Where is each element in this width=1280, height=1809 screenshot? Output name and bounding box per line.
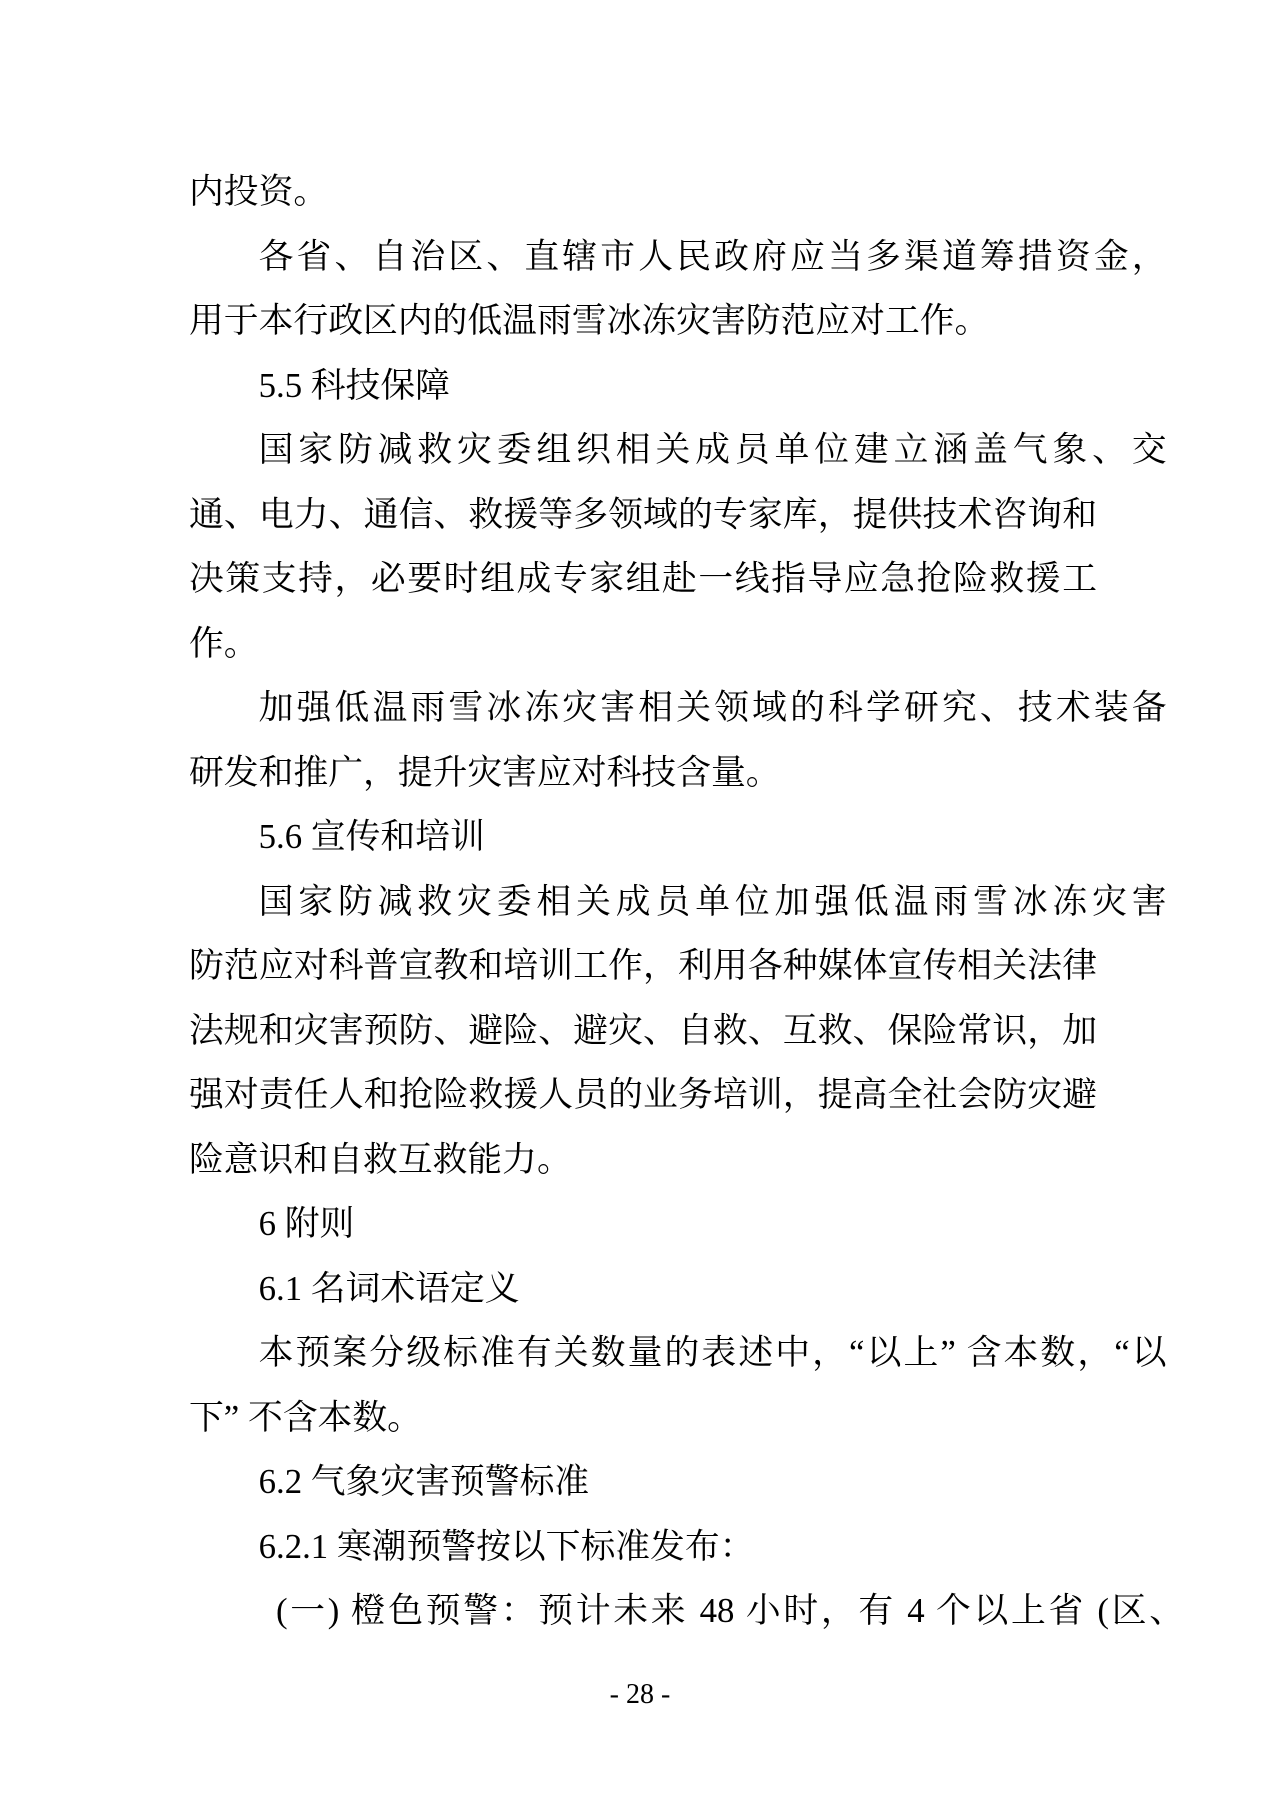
section-heading: 6.2 气象灾害预警标准 <box>189 1450 1167 1515</box>
body-line: 作。 <box>189 612 1097 677</box>
body-line: 险意识和自救互救能力。 <box>189 1128 1097 1193</box>
body-line: 本预案分级标准有关数量的表述中，“以上” 含本数，“以 <box>189 1321 1167 1386</box>
body-line: 内投资。 <box>189 160 1097 225</box>
body-line: (一) 橙色预警：预计未来 48 小时，有 4 个以上省 (区、 <box>189 1579 1184 1644</box>
body-line: 法规和灾害预防、避险、避灾、自救、互救、保险常识，加 <box>189 999 1097 1064</box>
body-line: 防范应对科普宣教和培训工作，利用各种媒体宣传相关法律 <box>189 934 1097 999</box>
body-line: 加强低温雨雪冰冻灾害相关领域的科学研究、技术装备 <box>189 676 1167 741</box>
section-heading: 5.5 科技保障 <box>189 354 1167 419</box>
section-heading: 6.1 名词术语定义 <box>189 1257 1167 1322</box>
body-line: 下” 不含本数。 <box>189 1386 1097 1451</box>
body-line: 各省、自治区、直辖市人民政府应当多渠道筹措资金， <box>189 225 1167 290</box>
body-line: 决策支持，必要时组成专家组赴一线指导应急抢险救援工 <box>189 547 1097 612</box>
document-page: 内投资。各省、自治区、直辖市人民政府应当多渠道筹措资金，用于本行政区内的低温雨雪… <box>0 0 1280 1809</box>
section-heading: 6.2.1 寒潮预警按以下标准发布： <box>189 1515 1167 1580</box>
body-line: 研发和推广，提升灾害应对科技含量。 <box>189 741 1097 806</box>
body-line: 强对责任人和抢险救援人员的业务培训，提高全社会防灾避 <box>189 1063 1097 1128</box>
section-heading: 6 附则 <box>189 1192 1167 1257</box>
body-line: 国家防减救灾委相关成员单位加强低温雨雪冰冻灾害 <box>189 870 1167 935</box>
body-line: 通、电力、通信、救援等多领域的专家库，提供技术咨询和 <box>189 483 1097 548</box>
document-text-block: 内投资。各省、自治区、直辖市人民政府应当多渠道筹措资金，用于本行政区内的低温雨雪… <box>189 160 1097 1644</box>
section-heading: 5.6 宣传和培训 <box>189 805 1167 870</box>
body-line: 国家防减救灾委组织相关成员单位建立涵盖气象、交 <box>189 418 1167 483</box>
page-number: - 28 - <box>0 1678 1280 1711</box>
body-line: 用于本行政区内的低温雨雪冰冻灾害防范应对工作。 <box>189 289 1097 354</box>
